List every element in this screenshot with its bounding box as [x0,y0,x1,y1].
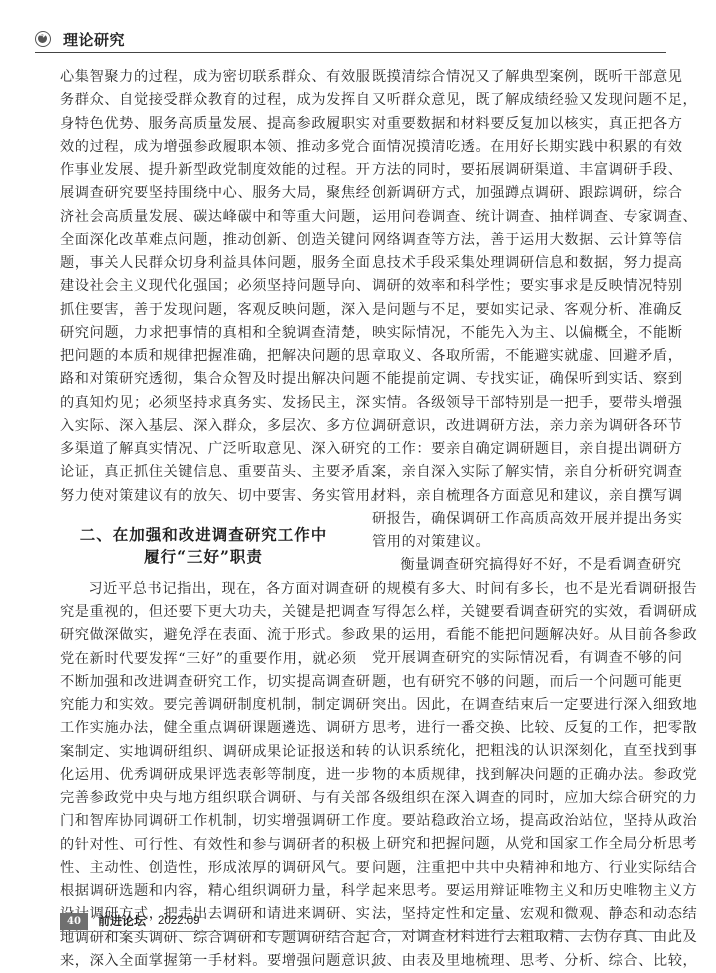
section-heading-line-2: 履行“三好”职责 [60,546,347,568]
text-line: 多渠道了解真实情况、广泛听取意见、深入研究 [60,438,347,461]
page-number: 40 [60,913,88,930]
text-line: 面情况摸清吃透。在用好长期实践中积累的有效 [372,136,661,159]
text-line: 究能力和实效。要完善调研制度机制，制定调研 [60,694,347,717]
text-line: 果的运用，看能不能把问题解决好。从目前各参政 [372,624,661,647]
text-line: 研报告，确保调研工作高质高效开展并提出务实 [372,508,661,531]
text-line: 的针对性、可行性、有效性和参与调研者的积极 [60,834,347,857]
text-line: 材料，亲自梳理各方面意见和建议，亲自撰写调 [372,485,661,508]
section-heading-line-1: 二、在加强和改进调查研究工作中 [60,524,347,546]
paragraph: 心集智聚力的过程，成为密切联系群众、有效服务群众、自觉接受群众教育的过程，成为发… [60,66,347,508]
text-line: 建设社会主义现代化强国；必须坚持问题导向、 [60,275,347,298]
left-column: 心集智聚力的过程，成为密切联系群众、有效服务群众、自觉接受群众教育的过程，成为发… [60,66,347,973]
text-line: 研究问题，力求把事情的真相和全貌调查清楚， [60,322,347,345]
text-line: 完善参政党中央与地方组织联合调研、与有关部 [60,787,347,810]
section-title: 理论研究 [63,29,125,50]
text-line: 实情。各级领导干部特别是一把手，要带头增强 [372,392,661,415]
text-line: 门和智库协同调研工作机制，切实增强调研工作 [60,810,347,833]
text-line: 党开展调查研究的实际情况看，有调查不够的问 [372,647,661,670]
circle-arrow-right-icon: ➜ [35,31,51,47]
text-line: 案，亲自深入实际了解实情，亲自分析研究调查 [372,461,661,484]
issue-date: 2022.09 [158,913,200,930]
text-line: 不断加强和改进调查研究工作，切实提高调查研 [60,671,347,694]
text-line: 效的过程，成为增强参政履职本领、推动多党合 [60,136,347,159]
text-line: 章取义、各取所需，不能避实就虚、回避矛盾， [372,345,661,368]
text-line: 思考，进行一番交换、比较、反复的工作，把零散 [372,717,661,740]
spacer [60,508,347,524]
text-line: 抓住要害，善于发现问题，客观反映问题，深入 [60,299,347,322]
text-line: 上研究和把握问题，从党和国家工作全局分析思考 [372,833,661,856]
right-column: 既摸清综合情况又了解典型案例，既听干部意见又听群众意见，既了解成绩经验又发现问题… [372,66,661,973]
text-line: 济社会高质量发展、碳达峰碳中和等重大问题， [60,206,347,229]
text-line: 的规模有多大、时间有多长，也不是光看调研报告 [372,578,661,601]
text-line: 方法的同时，要拓展调研渠道、丰富调研手段、 [372,159,661,182]
text-line: 映实际情况，不能先入为主、以偏概全，不能断 [372,322,661,345]
text-line: 题，事关人民群众切身利益具体问题，服务全面 [60,252,347,275]
text-line: 突出。因此，在调查结束后一定要进行深入细致地 [372,694,661,717]
text-line: 度。要站稳政治立场，提高政治站位，坚持从政治 [372,810,661,833]
text-line: 创新调研方式，加强蹲点调研、跟踪调研，综合 [372,182,661,205]
text-line: 的工作：要亲自确定调研题目，亲自提出调研方 [372,438,661,461]
text-line: 网络调查等方法，善于运用大数据、云计算等信 [372,229,661,252]
paragraph: 既摸清综合情况又了解典型案例，既听干部意见又听群众意见，既了解成绩经验又发现问题… [372,66,661,554]
text-line: 彼、由表及里地梳理、思考、分析、综合、比较， [372,950,661,973]
text-line: 务群众、自觉接受群众教育的过程，成为发挥自 [60,89,347,112]
text-line: 化运用、优秀调研成果评选表彰等制度，进一步 [60,764,347,787]
text-line: 展调查研究要坚持围绕中心、服务大局，聚焦经 [60,182,347,205]
text-line: 管用的对策建议。 [372,531,661,554]
text-line: 息技术手段采集处理调研信息和数据，努力提高 [372,252,661,275]
text-line: 心集智聚力的过程，成为密切联系群众、有效服 [60,66,347,89]
text-line: 调研意识，改进调研方法，亲力亲为调研各环节 [372,415,661,438]
text-line: 的认识系统化，把粗浅的认识深刻化，直至找到事 [372,740,661,763]
text-line: 案制定、实地调研组织、调研成果论证报送和转 [60,741,347,764]
text-line: 努力使对策建议有的放矢、切中要害、务实管用。 [60,485,347,508]
text-line: 性、主动性、创造性，形成浓厚的调研风气。要 [60,857,347,880]
page-footer: 40 前进论坛 2022.09 [60,913,662,932]
text-line: 根据调研选题和内容，精心组织调研力量，科学 [60,880,347,903]
text-line: 研究做深做实，避免浮在表面、流于形式。参政 [60,624,347,647]
text-line: 题，也有研究不够的问题，而后一个问题可能更 [372,671,661,694]
text-line: 入实际、深入基层、深入群众，多层次、多方位、 [60,415,347,438]
text-line: 路和对策研究透彻，集合众智及时提出解决问题 [60,368,347,391]
text-line: 又听群众意见，既了解成绩经验又发现问题不足， [372,89,661,112]
text-line: 习近平总书记指出，现在，各方面对调查研 [60,578,347,601]
text-line: 起来思考。要运用辩证唯物主义和历史唯物主义方 [372,880,661,903]
text-line: 既摸清综合情况又了解典型案例，既听干部意见 [372,66,661,89]
text-line: 各级组织在深入调查的同时，应加大综合研究的力 [372,787,661,810]
text-line: 问题，注重把中共中央精神和地方、行业实际结合 [372,857,661,880]
text-line: 运用问卷调查、统计调查、抽样调查、专家调查、 [372,206,661,229]
text-line: 来，深入全面掌握第一手材料。要增强问题意识， [60,950,347,973]
text-line: 写得怎么样，关键要看调查研究的实效，看调研成 [372,601,661,624]
paragraph: 衡量调查研究搞得好不好，不是看调查研究的规模有多大、时间有多长，也不是光看调研报… [372,554,661,973]
text-line: 的真知灼见；必须坚持求真务实、发扬民主，深 [60,392,347,415]
text-line: 究是重视的，但还要下更大功夫，关键是把调查 [60,601,347,624]
text-line: 调研的效率和科学性；要实事求是反映情况特别 [372,275,661,298]
spacer [60,568,347,578]
text-line: 不能提前定调、专找实证，确保听到实话、察到 [372,368,661,391]
journal-name: 前进论坛 [98,913,146,930]
text-line: 对重要数据和材料要反复加以核实，真正把各方 [372,113,661,136]
text-line: 党在新时代要发挥“三好”的重要作用，就必须 [60,648,347,671]
text-line: 论证，真正抓住关键信息、重要苗头、主要矛盾、 [60,461,347,484]
text-line: 工作实施办法，健全重点调研课题遴选、调研方 [60,717,347,740]
text-line: 把问题的本质和规律把握准确，把解决问题的思 [60,345,347,368]
section-header: ➜ 理论研究 [35,30,666,53]
text-line: 全面深化改革难点问题，推动创新、创造关键问 [60,229,347,252]
text-line: 衡量调查研究搞得好不好，不是看调查研究 [372,554,661,577]
text-line: 作事业发展、提升新型政党制度效能的过程。开 [60,159,347,182]
text-line: 物的本质规律，找到解决问题的正确办法。参政党 [372,764,661,787]
text-line: 是问题与不足，要如实记录、客观分析、准确反 [372,299,661,322]
text-line: 身特色优势、服务高质量发展、提高参政履职实 [60,113,347,136]
